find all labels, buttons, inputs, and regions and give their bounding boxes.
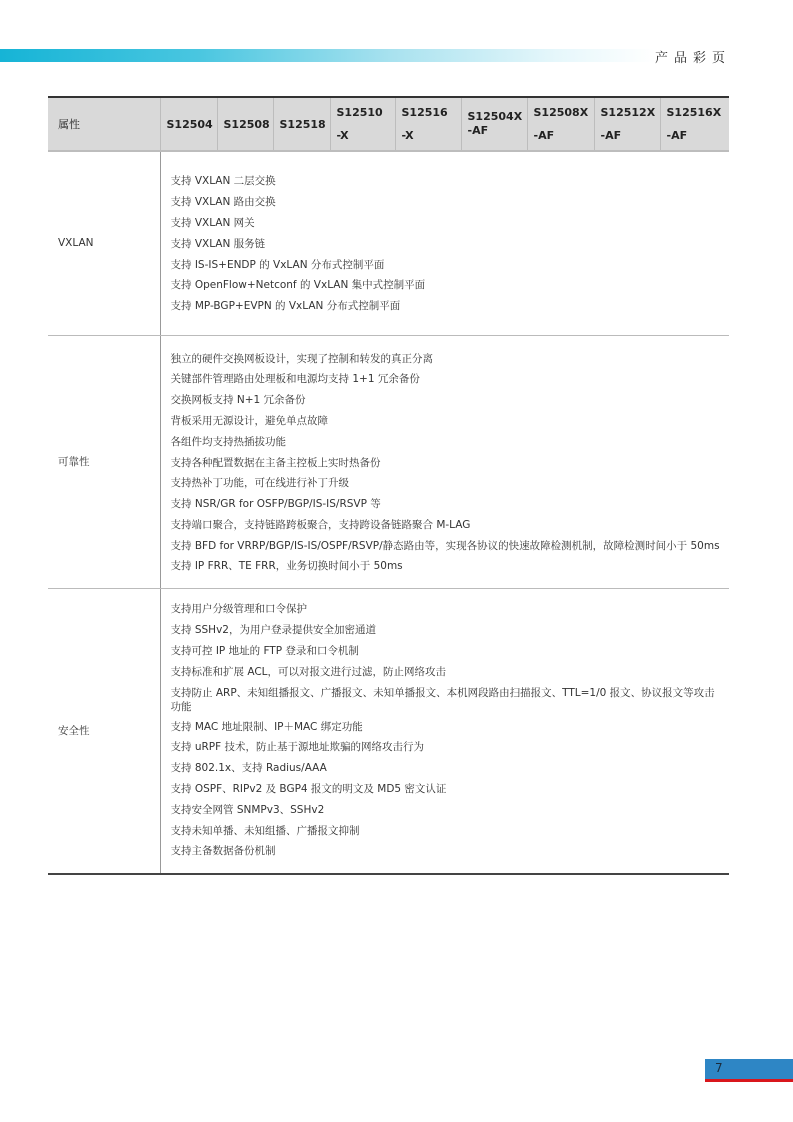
feature-item: 交换网板支持 N+1 冗余备份 bbox=[171, 390, 722, 411]
column-header-model: S12508 bbox=[217, 97, 273, 151]
feature-item: 支持 OpenFlow+Netconf 的 VxLAN 集中式控制平面 bbox=[171, 275, 722, 296]
row-attribute: VXLAN bbox=[48, 151, 160, 335]
table-row-vxlan: VXLAN 支持 VXLAN 二层交换 支持 VXLAN 路由交换 支持 VXL… bbox=[48, 151, 729, 335]
feature-item: 支持 VXLAN 网关 bbox=[171, 213, 722, 234]
column-header-model: S12504 bbox=[160, 97, 217, 151]
header-color-band bbox=[0, 49, 655, 62]
feature-item: 支持 uRPF 技术，防止基于源地址欺骗的网络攻击行为 bbox=[171, 737, 722, 758]
feature-item: 支持 VXLAN 路由交换 bbox=[171, 192, 722, 213]
feature-item: 支持热补丁功能，可在线进行补丁升级 bbox=[171, 473, 722, 494]
table-header-row: 属性 S12504 S12508 S12518 S12510-X S12516-… bbox=[48, 97, 729, 151]
row-attribute: 安全性 bbox=[48, 588, 160, 874]
header-title: 产品彩页 bbox=[655, 47, 731, 66]
feature-item: 支持可控 IP 地址的 FTP 登录和口令机制 bbox=[171, 641, 722, 662]
feature-item: 支持未知单播、未知组播、广播报文抑制 bbox=[171, 821, 722, 842]
feature-item: 背板采用无源设计，避免单点故障 bbox=[171, 411, 722, 432]
feature-item: 支持 VXLAN 服务链 bbox=[171, 234, 722, 255]
feature-item: 支持各种配置数据在主备主控板上实时热备份 bbox=[171, 453, 722, 474]
page-number: 7 bbox=[715, 1061, 723, 1075]
feature-list: 独立的硬件交换网板设计，实现了控制和转发的真正分离 关键部件管理路由处理板和电源… bbox=[160, 335, 729, 588]
feature-item: 支持标准和扩展 ACL，可以对报文进行过滤，防止网络攻击 bbox=[171, 662, 722, 683]
column-header-model: S12516-X bbox=[395, 97, 461, 151]
feature-item: 支持 802.1x、支持 Radius/AAA bbox=[171, 758, 722, 779]
feature-item: 支持 IP FRR、TE FRR，业务切换时间小于 50ms bbox=[171, 556, 722, 577]
feature-item: 支持用户分级管理和口令保护 bbox=[171, 599, 722, 620]
feature-list: 支持用户分级管理和口令保护 支持 SSHv2，为用户登录提供安全加密通道 支持可… bbox=[160, 588, 729, 874]
feature-item: 支持 VXLAN 二层交换 bbox=[171, 171, 722, 192]
feature-item: 支持 OSPF、RIPv2 及 BGP4 报文的明文及 MD5 密文认证 bbox=[171, 779, 722, 800]
column-header-model: S12508X-AF bbox=[527, 97, 594, 151]
feature-item: 支持 NSR/GR for OSFP/BGP/IS-IS/RSVP 等 bbox=[171, 494, 722, 515]
row-attribute: 可靠性 bbox=[48, 335, 160, 588]
feature-item: 独立的硬件交换网板设计，实现了控制和转发的真正分离 bbox=[171, 349, 722, 370]
column-header-model: S12512X-AF bbox=[594, 97, 660, 151]
feature-list: 支持 VXLAN 二层交换 支持 VXLAN 路由交换 支持 VXLAN 网关 … bbox=[160, 151, 729, 335]
feature-item: 支持 MAC 地址限制、IP＋MAC 绑定功能 bbox=[171, 717, 722, 738]
feature-item: 支持主备数据备份机制 bbox=[171, 841, 722, 862]
column-header-model: S12518 bbox=[273, 97, 330, 151]
table-row-security: 安全性 支持用户分级管理和口令保护 支持 SSHv2，为用户登录提供安全加密通道… bbox=[48, 588, 729, 874]
feature-item: 支持端口聚合，支持链路跨板聚合，支持跨设备链路聚合 M-LAG bbox=[171, 515, 722, 536]
feature-item: 关键部件管理路由处理板和电源均支持 1+1 冗余备份 bbox=[171, 369, 722, 390]
column-header-model: S12510-X bbox=[330, 97, 395, 151]
feature-item: 支持 BFD for VRRP/BGP/IS-IS/OSPF/RSVP/静态路由… bbox=[171, 536, 722, 556]
feature-item: 各组件均支持热插拔功能 bbox=[171, 432, 722, 453]
feature-item: 支持 SSHv2，为用户登录提供安全加密通道 bbox=[171, 620, 722, 641]
column-header-attribute: 属性 bbox=[48, 97, 160, 151]
table-row-reliability: 可靠性 独立的硬件交换网板设计，实现了控制和转发的真正分离 关键部件管理路由处理… bbox=[48, 335, 729, 588]
spec-table: 属性 S12504 S12508 S12518 S12510-X S12516-… bbox=[48, 96, 729, 875]
feature-item: 支持安全网管 SNMPv3、SSHv2 bbox=[171, 800, 722, 821]
page-number-bar: 7 bbox=[705, 1059, 793, 1082]
feature-item: 支持 MP-BGP+EVPN 的 VxLAN 分布式控制平面 bbox=[171, 296, 722, 317]
feature-item: 支持 IS-IS+ENDP 的 VxLAN 分布式控制平面 bbox=[171, 255, 722, 276]
feature-item: 支持防止 ARP、未知组播报文、广播报文、未知单播报文、本机网段路由扫描报文、T… bbox=[171, 683, 722, 717]
column-header-model: S12504X-AF bbox=[461, 97, 527, 151]
column-header-model: S12516X-AF bbox=[660, 97, 729, 151]
